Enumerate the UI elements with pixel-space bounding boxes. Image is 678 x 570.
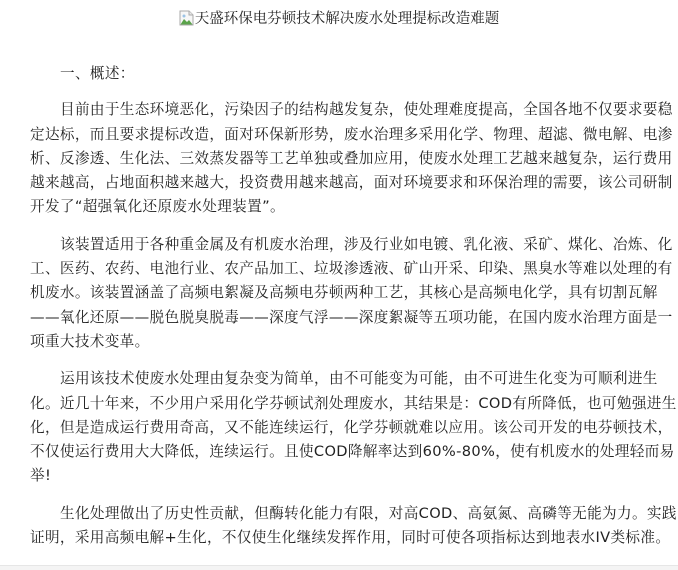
article-title-image: 天盛环保电芬顿技术解决废水处理提标改造难题 bbox=[0, 8, 678, 30]
article-body: 一、概述： 目前由于生态环境恶化，污染因子的结构越发复杂，使处理难度提高，全国各… bbox=[30, 62, 678, 563]
image-alt-text: 天盛环保电芬顿技术解决废水处理提标改造难题 bbox=[195, 11, 500, 27]
paragraph-overview: 目前由于生态环境恶化，污染因子的结构越发复杂，使处理难度提高，全国各地不仅要求要… bbox=[30, 98, 678, 219]
paragraph-applications: 该装置适用于各种重金属及有机废水治理，涉及行业如电镀、乳化液、采矿、煤化、冶炼、… bbox=[30, 233, 678, 354]
page-bottom-divider bbox=[0, 565, 678, 570]
paragraph-biochemical: 生化处理做出了历史性贡献，但酶转化能力有限，对高COD、高氨氮、高磷等无能为力。… bbox=[30, 502, 678, 551]
paragraph-electro-fenton: 运用该技术使废水处理由复杂变为简单，由不可能变为可能，由不可进生化变为可顺利进生… bbox=[30, 367, 678, 488]
broken-image-icon bbox=[179, 10, 195, 26]
section-heading: 一、概述： bbox=[30, 62, 678, 86]
